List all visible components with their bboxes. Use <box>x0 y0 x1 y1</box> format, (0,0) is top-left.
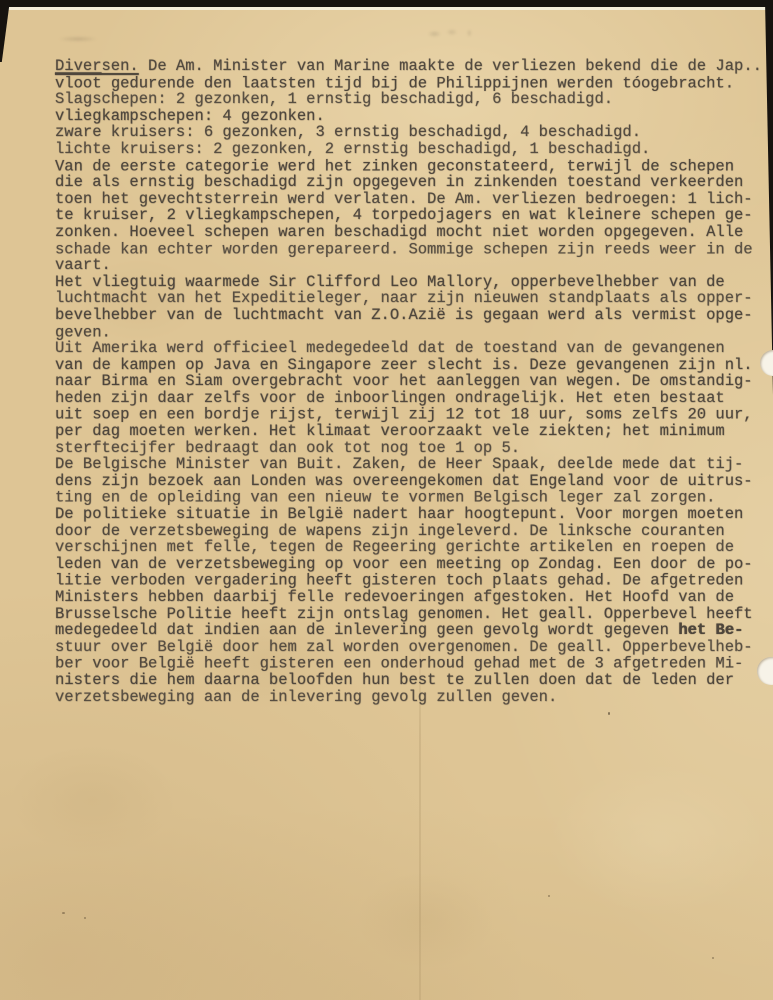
text-line: te kruiser, 2 vliegkampschepen, 4 torped… <box>55 207 755 224</box>
text-segment: litie verboden vergadering heeft gistere… <box>55 572 743 590</box>
scan-edge-right <box>765 0 773 395</box>
text-segment: Het vliegtuig waarmede Sir Clifford Leo … <box>55 273 725 291</box>
pencil-mark <box>420 24 478 42</box>
text-line: per dag moeten werken. Het klimaat veroo… <box>55 423 755 440</box>
text-line: leden van de verzetsbeweging op voor een… <box>55 556 755 573</box>
dust-speck <box>608 712 610 715</box>
text-segment: De Am. Minister van Marine maakte de ver… <box>139 57 762 75</box>
text-line: dens zijn bezoek aan Londen was overeeng… <box>55 473 755 490</box>
text-line: Diversen. De Am. Minister van Marine maa… <box>55 58 755 75</box>
text-segment: leden van de verzetsbeweging op voor een… <box>55 555 753 573</box>
text-line: naar Birma en Siam overgebracht voor het… <box>55 373 755 390</box>
typewritten-text: Diversen. De Am. Minister van Marine maa… <box>55 58 755 705</box>
text-line: De Belgische Minister van Buit. Zaken, d… <box>55 456 755 473</box>
text-segment: verschijnen met felle, tegen de Regeerin… <box>55 538 734 556</box>
text-line: zonken. Hoeveel schepen waren beschadigd… <box>55 224 755 241</box>
text-line: heden zijn daar zelfs voor de inboorling… <box>55 390 755 407</box>
text-segment: stuur over België door hem zal worden ov… <box>55 638 753 656</box>
text-segment: bevelhebber van de luchtmacht van Z.O.Az… <box>55 306 753 324</box>
text-line: uit soep en een bordje rijst, terwijl zi… <box>55 407 755 424</box>
text-segment: per dag moeten werken. Het klimaat veroo… <box>55 422 725 440</box>
text-segment: medegedeeld dat indien aan de inlevering… <box>55 621 678 639</box>
scan-edge-top <box>0 0 773 7</box>
text-segment: zonken. Hoeveel schepen waren beschadigd… <box>55 223 743 241</box>
dust-speck <box>62 912 65 914</box>
document-scan: Diversen. De Am. Minister van Marine maa… <box>0 0 773 1000</box>
text-segment: De politieke situatie in België nadert h… <box>55 505 743 523</box>
text-segment: te kruiser, 2 vliegkampschepen, 4 torped… <box>55 206 753 224</box>
ink-smudge <box>48 34 108 44</box>
text-line: vliegkampschepen: 4 gezonken. <box>55 108 755 125</box>
paper-edge-highlight <box>0 7 773 10</box>
text-line: door de verzetsbeweging de wapens zijn i… <box>55 523 755 540</box>
text-segment: vaart. <box>55 256 111 274</box>
text-segment: verzetsbeweging aan de inlevering gevolg… <box>55 688 557 706</box>
text-line: verzetsbeweging aan de inlevering gevolg… <box>55 689 755 706</box>
text-line: ting en de opleiding van een nieuw te vo… <box>55 490 755 507</box>
text-line: medegedeeld dat indien aan de inlevering… <box>55 622 755 639</box>
punch-hole <box>757 657 773 685</box>
text-segment: vloot <box>55 74 102 92</box>
text-line: verschijnen met felle, tegen de Regeerin… <box>55 539 755 556</box>
dust-speck <box>548 895 550 897</box>
text-line: zware kruisers: 6 gezonken, 3 ernstig be… <box>55 124 755 141</box>
text-segment: Van de eerste categorie werd het zinken … <box>55 157 734 175</box>
punch-hole <box>760 350 773 376</box>
text-segment: Diversen. <box>55 57 139 75</box>
text-line: Ministers hebben daarbij felle redevoeri… <box>55 589 755 606</box>
text-segment: dens zijn bezoek aan Londen was overeeng… <box>55 472 753 490</box>
text-segment: uit soep en een bordje rijst, terwijl zi… <box>55 406 753 424</box>
text-line: die als ernstig beschadigd zijn opgegeve… <box>55 174 755 191</box>
text-line: geven. <box>55 324 755 341</box>
scan-edge-left <box>0 0 10 62</box>
text-line: Slagschepen: 2 gezonken, 1 ernstig besch… <box>55 91 755 108</box>
text-segment: nisters die hem daarna beloofden hun bes… <box>55 671 734 689</box>
text-line: sterftecijfer bedraagt dan ook tot nog t… <box>55 440 755 457</box>
text-line: Het vliegtuig waarmede Sir Clifford Leo … <box>55 274 755 291</box>
text-segment: toen het gevechtsterrein werd verlaten. … <box>55 190 753 208</box>
text-segment: Brusselsche Politie heeft zijn ontslag g… <box>55 605 753 623</box>
text-line: toen het gevechtsterrein werd verlaten. … <box>55 191 755 208</box>
text-segment: gedurende den laatsten tijd bij de Phili… <box>102 74 735 92</box>
text-segment: Ministers hebben daarbij felle redevoeri… <box>55 588 734 606</box>
text-segment: zware kruisers: 6 gezonken, 3 ernstig be… <box>55 123 641 141</box>
text-segment: sterftecijfer bedraagt dan ook tot nog t… <box>55 439 520 457</box>
text-segment: van de kampen op Java en Singapore zeer … <box>55 356 753 374</box>
dust-speck <box>84 917 86 919</box>
text-line: schade kan echter worden gerepareerd. So… <box>55 241 755 258</box>
text-segment: De Belgische Minister van Buit. Zaken, d… <box>55 455 743 473</box>
text-segment: ber voor België heeft gisteren een onder… <box>55 655 743 673</box>
text-line: stuur over België door hem zal worden ov… <box>55 639 755 656</box>
text-segment: naar Birma en Siam overgebracht voor het… <box>55 372 753 390</box>
text-segment: geven. <box>55 323 111 341</box>
text-segment: vliegkampschepen: 4 gezonken. <box>55 107 325 125</box>
text-segment: door de verzetsbeweging de wapens zijn i… <box>55 522 725 540</box>
text-line: ber voor België heeft gisteren een onder… <box>55 656 755 673</box>
text-segment: Uit Amerika werd officieel medegedeeld d… <box>55 339 725 357</box>
text-segment: heden zijn daar zelfs voor de inboorling… <box>55 389 725 407</box>
text-segment: het Be- <box>678 621 743 639</box>
text-line: nisters die hem daarna beloofden hun bes… <box>55 672 755 689</box>
text-segment: schade kan echter worden gerepareerd. So… <box>55 240 753 258</box>
text-line: De politieke situatie in België nadert h… <box>55 506 755 523</box>
text-segment: die als ernstig beschadigd zijn opgegeve… <box>55 173 743 191</box>
text-line: vaart. <box>55 257 755 274</box>
text-segment: ting en de opleiding van een nieuw te vo… <box>55 489 715 507</box>
text-line: Uit Amerika werd officieel medegedeeld d… <box>55 340 755 357</box>
text-line: litie verboden vergadering heeft gistere… <box>55 573 755 590</box>
text-line: luchtmacht van het Expeditieleger, naar … <box>55 290 755 307</box>
dust-speck <box>712 957 714 959</box>
text-segment: luchtmacht van het Expeditieleger, naar … <box>55 289 753 307</box>
text-line: Brusselsche Politie heeft zijn ontslag g… <box>55 606 755 623</box>
text-line: Van de eerste categorie werd het zinken … <box>55 158 755 175</box>
text-segment: Slagschepen: 2 gezonken, 1 ernstig besch… <box>55 90 613 108</box>
text-line: van de kampen op Java en Singapore zeer … <box>55 357 755 374</box>
text-segment: lichte kruisers: 2 gezonken, 2 ernstig b… <box>55 140 650 158</box>
text-line: lichte kruisers: 2 gezonken, 2 ernstig b… <box>55 141 755 158</box>
text-line: vloot gedurende den laatsten tijd bij de… <box>55 75 755 92</box>
text-line: bevelhebber van de luchtmacht van Z.O.Az… <box>55 307 755 324</box>
